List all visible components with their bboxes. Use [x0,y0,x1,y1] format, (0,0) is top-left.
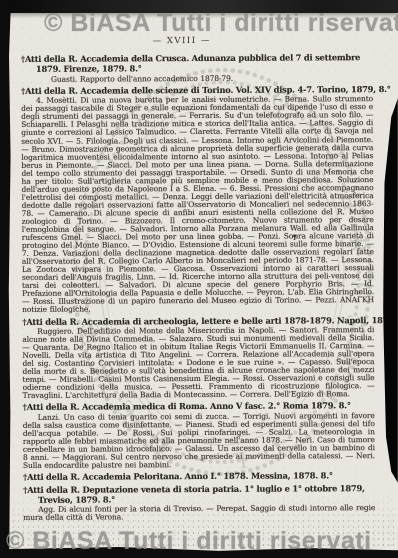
entry-note-crusca: Guasti. Rapporto dell'anno accademico 18… [21,74,313,84]
scan-edge-right [383,98,398,483]
scanned-page: Q · C H R I S T I · I L · M C C C — XVII… [0,0,398,558]
entry-note-roma-medica: Lanzi. Un caso di tenia guarito coi semi… [23,412,375,470]
entry-note-deputazione-veneta: Agg. Di alcuni fonti per la storia di Tr… [23,504,375,522]
ink-speck: ● [293,232,297,239]
entry-title-deputazione-veneta: †Atti della R. Deputazione veneta di sto… [23,483,368,506]
watermark-bottom: © BiASA Tutti i diritti riservati [6,527,372,556]
page-content: — XVIII — †Atti della R. Accademia della… [21,35,376,524]
watermark-top: © BiASA Tutti i diritti riservati [44,9,398,38]
scan-edge-left [0,0,11,558]
entry-note-torino: 4. Mosètti. Di una nuova buretta per le … [21,95,374,314]
entry-note-napoli: Ruggiero. Dell'edifizio del Monte della … [22,326,374,400]
entry-title-crusca: †Atti della R. Accademia della Crusca. A… [21,52,373,75]
entry-title-peloritana: †Atti della R. Accademia Peloritana. Ann… [23,470,375,482]
ink-speck: × [388,280,394,287]
